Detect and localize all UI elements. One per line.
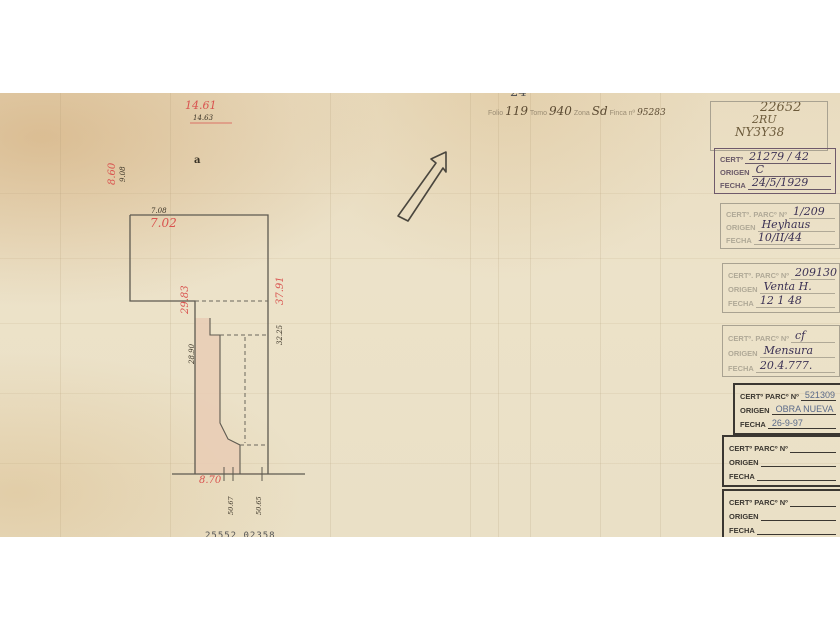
certificate-stamp-5: CERTº PARCº Nº521309 ORIGENOBRA NUEVA FE…	[733, 383, 840, 435]
bottom-reference-code: 25552 02358	[205, 531, 276, 537]
parcel-letter: a	[194, 155, 200, 166]
certificate-stamp-6: CERTº PARCº Nº ORIGEN FECHA	[722, 435, 840, 487]
dim-step-ink: 7.08	[151, 207, 167, 215]
dim-bottom-red: 8.70	[199, 475, 221, 486]
certificate-stamp-4: CERTº. PARCº Nºcf ORIGENMensura FECHA20.…	[722, 325, 840, 377]
dim-bottom-ink-2: 50.65	[255, 496, 263, 515]
parcel-shaded-area	[195, 318, 262, 474]
dim-right-ink: 32.25	[276, 325, 284, 345]
dim-top-ink: 14.63	[193, 114, 213, 122]
certificate-stamp-1: CERTº21279 / 42 ORIGENC FECHA24/5/1929	[714, 148, 836, 194]
dim-bottom-ink-1: 50.67	[227, 496, 235, 515]
dim-mid-left-ink: 28.90	[188, 344, 196, 364]
certificate-stamp-7: CERTº PARCº Nº ORIGEN FECHA	[722, 489, 840, 537]
dim-right-red: 37.91	[275, 276, 286, 305]
stamp-faded-background	[710, 101, 828, 151]
dim-step-red: 7.02	[150, 216, 177, 230]
dim-top-red: 14.61	[185, 99, 217, 112]
dim-left-ink: 9.08	[119, 166, 127, 182]
dim-left-red: 8.60	[107, 163, 118, 185]
certificate-stamp-2: CERTº. PARCº Nº1/209 ORIGENHeyhaus FECHA…	[720, 203, 840, 249]
certificate-stamp-3: CERTº. PARCº Nº209130 ORIGENVenta H. FEC…	[722, 263, 840, 313]
scanned-cadastral-sheet: 24 Folio 119 Tomo 940 Zona Sd Finca nº 9…	[0, 93, 840, 537]
dim-mid-left-red: 29.83	[180, 285, 191, 314]
north-arrow-icon	[398, 152, 446, 221]
